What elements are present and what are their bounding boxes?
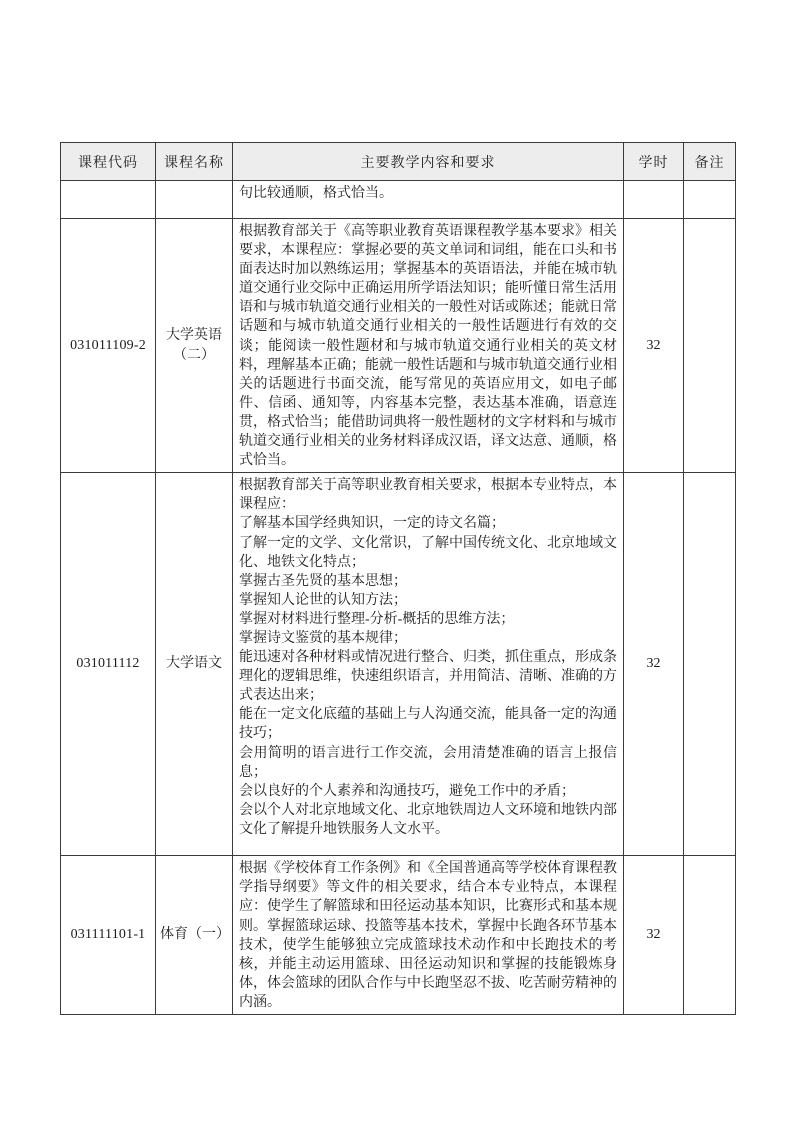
course-note-cell — [684, 473, 736, 856]
content-paragraph: 掌握对材料进行整理-分析-概括的思维方法； — [239, 610, 617, 629]
course-name-cell: 大学英语（二） — [156, 219, 233, 473]
course-content-cell: 根据《学校体育工作条例》和《全国普通高等学校体育课程教学指导纲要》等文件的相关要… — [233, 856, 624, 1015]
content-paragraph: 能迅速对各种材料或情况进行整合、归类，抓住重点，形成条理化的逻辑思维，快速组织语… — [239, 648, 617, 705]
course-hours-cell: 32 — [624, 219, 684, 473]
course-code-cell: 031011112 — [61, 473, 156, 856]
course-hours-cell — [624, 181, 684, 219]
content-paragraph: 掌握诗文鉴赏的基本规律； — [239, 629, 617, 648]
table-row: 句比较通顺，格式恰当。 — [61, 181, 736, 219]
course-name-cell: 体育（一） — [156, 856, 233, 1015]
course-content-cell: 句比较通顺，格式恰当。 — [233, 181, 624, 219]
course-name-cell: 大学语文 — [156, 473, 233, 856]
document-page: 课程代码 课程名称 主要教学内容和要求 学时 备注 句比较通顺，格式恰当。031… — [0, 0, 794, 1123]
course-name-cell — [156, 181, 233, 219]
header-note: 备注 — [684, 143, 736, 181]
course-code-cell: 031111101-1 — [61, 856, 156, 1015]
content-paragraph: 根据《学校体育工作条例》和《全国普通高等学校体育课程教学指导纲要》等文件的相关要… — [239, 859, 617, 1012]
header-hours: 学时 — [624, 143, 684, 181]
course-content-cell: 根据教育部关于《高等职业教育英语课程教学基本要求》相关要求，本课程应：掌握必要的… — [233, 219, 624, 473]
header-row: 课程代码 课程名称 主要教学内容和要求 学时 备注 — [61, 143, 736, 181]
content-paragraph: 能在一定文化底蕴的基础上与人沟通交流，能具备一定的沟通技巧； — [239, 705, 617, 743]
course-hours-cell: 32 — [624, 473, 684, 856]
content-paragraph: 掌握知人论世的认知方法； — [239, 591, 617, 610]
course-code-cell: 031011109-2 — [61, 219, 156, 473]
header-course-code: 课程代码 — [61, 143, 156, 181]
course-content-cell: 根据教育部关于高等职业教育相关要求，根据本专业特点，本课程应：了解基本国学经典知… — [233, 473, 624, 856]
content-paragraph: 了解一定的文学、文化常识，了解中国传统文化、北京地域文化、地铁文化特点； — [239, 534, 617, 572]
content-paragraph: 根据教育部关于《高等职业教育英语课程教学基本要求》相关要求，本课程应：掌握必要的… — [239, 222, 617, 470]
content-paragraph: 会以个人对北京地域文化、北京地铁周边人文环境和地铁内部文化了解提升地铁服务人文水… — [239, 801, 617, 839]
content-paragraph: 了解基本国学经典知识，一定的诗文名篇； — [239, 514, 617, 533]
course-table-header: 课程代码 课程名称 主要教学内容和要求 学时 备注 — [61, 143, 736, 181]
table-row: 031011109-2大学英语（二）根据教育部关于《高等职业教育英语课程教学基本… — [61, 219, 736, 473]
header-course-name: 课程名称 — [156, 143, 233, 181]
course-code-cell — [61, 181, 156, 219]
content-paragraph: 句比较通顺，格式恰当。 — [239, 184, 617, 203]
table-row: 031011112大学语文根据教育部关于高等职业教育相关要求，根据本专业特点，本… — [61, 473, 736, 856]
header-content: 主要教学内容和要求 — [233, 143, 624, 181]
course-note-cell — [684, 219, 736, 473]
course-hours-cell: 32 — [624, 856, 684, 1015]
table-row: 031111101-1体育（一）根据《学校体育工作条例》和《全国普通高等学校体育… — [61, 856, 736, 1015]
course-table: 课程代码 课程名称 主要教学内容和要求 学时 备注 句比较通顺，格式恰当。031… — [60, 142, 736, 1015]
content-paragraph: 会用简明的语言进行工作交流，会用清楚准确的语言上报信息； — [239, 744, 617, 782]
content-paragraph: 根据教育部关于高等职业教育相关要求，根据本专业特点，本课程应： — [239, 476, 617, 514]
course-note-cell — [684, 856, 736, 1015]
content-paragraph: 掌握古圣先贤的基本思想； — [239, 572, 617, 591]
course-note-cell — [684, 181, 736, 219]
content-paragraph: 会以良好的个人素养和沟通技巧，避免工作中的矛盾； — [239, 782, 617, 801]
course-table-body: 句比较通顺，格式恰当。031011109-2大学英语（二）根据教育部关于《高等职… — [61, 181, 736, 1015]
